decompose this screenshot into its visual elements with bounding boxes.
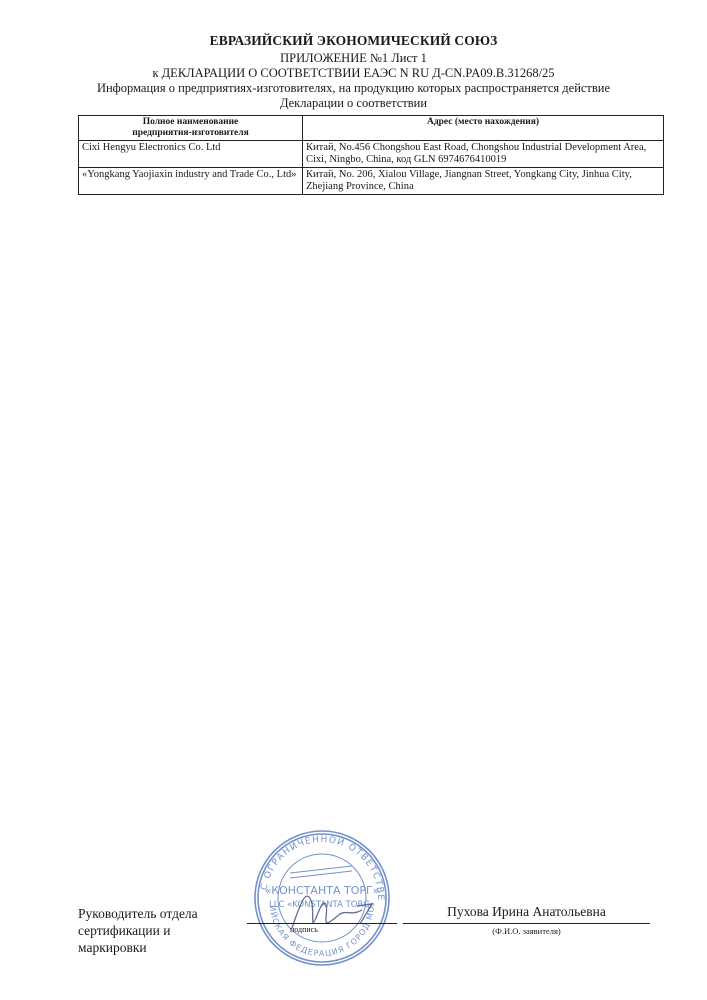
signer-position-line1: Руководитель отдела: [78, 905, 198, 922]
signer-name: Пухова Ирина Анатольевна: [403, 904, 650, 920]
manufacturers-table: Полное наименование предприятия-изготови…: [78, 115, 664, 195]
company-stamp-icon: ОБЩЕСТВО С ОГРАНИЧЕННОЙ ОТВЕТСТВЕННОСТЬЮ…: [252, 828, 392, 968]
manufacturer-name: «Yongkang Yaojiaxin industry and Trade C…: [79, 168, 303, 195]
table-header-row: Полное наименование предприятия-изготови…: [79, 116, 664, 141]
name-caption: (Ф.И.О. заявителя): [403, 926, 650, 936]
declaration-number: к ДЕКЛАРАЦИИ О СООТВЕТСТВИИ ЕАЭС N RU Д-…: [0, 66, 707, 81]
manufacturer-address: Китай, No.456 Chongshou East Road, Chong…: [303, 141, 664, 168]
name-line: [403, 923, 650, 924]
column-header-address: Адрес (место нахождения): [303, 116, 664, 141]
column-header-name-line1: Полное наименование: [143, 117, 239, 127]
signer-position-line2: сертификации и: [78, 922, 198, 939]
signer-position-line3: маркировки: [78, 939, 198, 956]
manufacturer-address: Китай, No. 206, Xialou Village, Jiangnan…: [303, 168, 664, 195]
appendix-title: ПРИЛОЖЕНИЕ №1 Лист 1: [0, 51, 707, 66]
info-line-2: Декларации о соответствии: [0, 96, 707, 111]
signature-line: [247, 923, 397, 924]
info-line-1: Информация о предприятиях-изготовителях,…: [0, 81, 707, 96]
table-row: «Yongkang Yaojiaxin industry and Trade C…: [79, 168, 664, 195]
svg-text:«КОНСТАНТА ТОРГ»: «КОНСТАНТА ТОРГ»: [265, 884, 380, 897]
column-header-name: Полное наименование предприятия-изготови…: [79, 116, 303, 141]
union-title: ЕВРАЗИЙСКИЙ ЭКОНОМИЧЕСКИЙ СОЮЗ: [0, 33, 707, 49]
manufacturer-name: Cixi Hengyu Electronics Co. Ltd: [79, 141, 303, 168]
column-header-name-line2: предприятия-изготовителя: [132, 128, 248, 138]
table-row: Cixi Hengyu Electronics Co. Ltd Китай, N…: [79, 141, 664, 168]
signature-caption: подпись: [290, 925, 318, 934]
signer-position: Руководитель отдела сертификации и марки…: [78, 905, 198, 956]
